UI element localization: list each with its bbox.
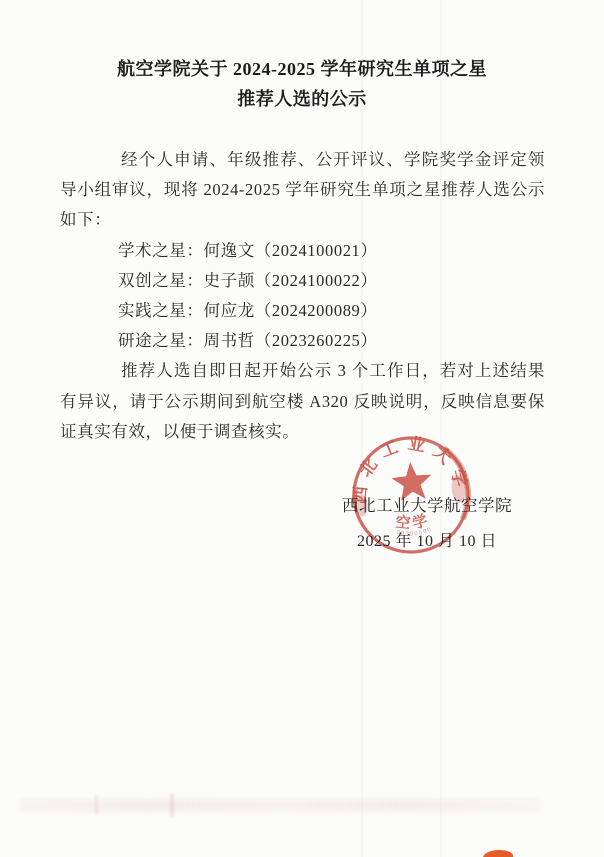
signature-organization: 西北工业大学航空学院 (342, 496, 512, 515)
award-item-academic: 学术之星：何逸文（2024100021） (60, 236, 545, 266)
document-body: 经个人申请、年级推荐、公开评议、学院奖学金评定领导小组审议，现将 2024-20… (60, 145, 545, 447)
signature-date: 2025 年 10 月 10 日 (342, 532, 512, 551)
award-item-innovation: 双创之星：史子颉（2024100022） (60, 266, 545, 296)
award-item-research: 研途之星：周书哲（2023260225） (60, 326, 545, 356)
scan-streak (440, 0, 442, 857)
document-page: 航空学院关于 2024-2025 学年研究生单项之星 推荐人选的公示 经个人申请… (0, 0, 604, 857)
bleed-through-smudge (95, 795, 98, 815)
signature-block: 西北工业大学航空学院 2025 年 10 月 10 日 (342, 496, 512, 551)
notice-paragraph: 推荐人选自即日起开始公示 3 个工作日，若对上述结果有异议，请于公示期间到航空楼… (60, 356, 545, 447)
intro-paragraph: 经个人申请、年级推荐、公开评议、学院奖学金评定领导小组审议，现将 2024-20… (60, 145, 545, 236)
next-page-seal-peek (483, 849, 513, 857)
document-title: 航空学院关于 2024-2025 学年研究生单项之星 推荐人选的公示 (40, 54, 564, 114)
bleed-through-smudge (170, 793, 174, 817)
bleed-through-smudge (20, 799, 540, 812)
title-line-1: 航空学院关于 2024-2025 学年研究生单项之星 (40, 54, 564, 84)
award-item-practice: 实践之星：何应龙（2024200089） (60, 296, 545, 326)
title-line-2: 推荐人选的公示 (40, 84, 564, 114)
scan-streak (361, 0, 363, 857)
award-list: 学术之星：何逸文（2024100021） 双创之星：史子颉（2024100022… (60, 236, 545, 357)
